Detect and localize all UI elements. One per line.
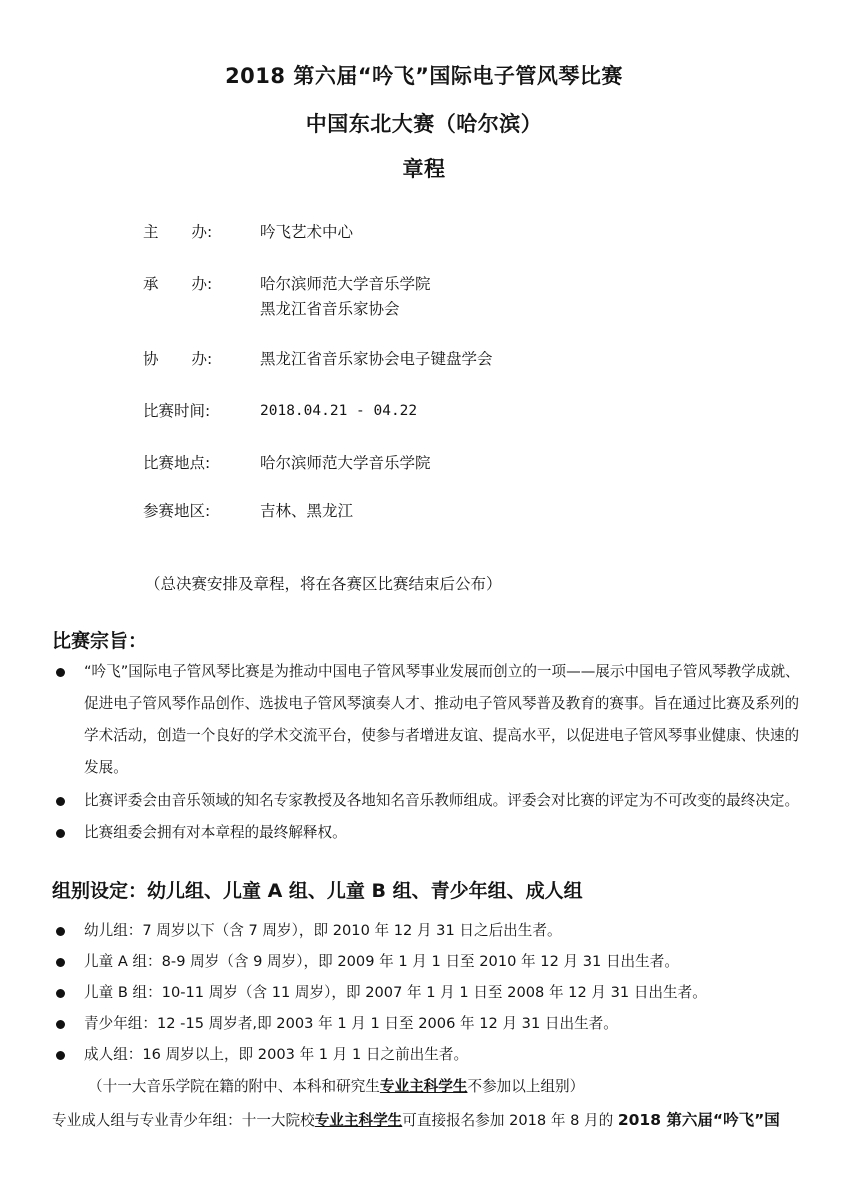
- list-item-text: 儿童 B 组：10-11 周岁（含 11 周岁），即 2007 年 1 月 1 …: [84, 984, 707, 1001]
- info-value: 哈尔滨师范大学音乐学院: [260, 448, 431, 478]
- info-label: 参赛地区:: [143, 496, 253, 526]
- bullet-icon: [56, 668, 65, 677]
- professional-groups-line: 专业成人组与专业青少年组：十一大院校专业主科学生可直接报名参加 2018 年 8…: [52, 1108, 780, 1130]
- note-emphasis: 专业主科学生: [380, 1078, 468, 1095]
- line-text: 可直接报名参加 2018 年 8 月的: [402, 1112, 618, 1129]
- bullet-icon: [56, 989, 65, 998]
- info-label: 承办:: [143, 269, 253, 299]
- info-label-char: 主: [143, 223, 159, 241]
- info-value: 黑龙江省音乐家协会电子键盘学会: [260, 344, 493, 374]
- list-item: 比赛评委会由音乐领域的知名专家教授及各地知名音乐教师组成。评委会对比赛的评定为不…: [52, 785, 812, 817]
- section-heading-purpose: 比赛宗旨：: [52, 626, 147, 653]
- info-label: 主办:: [143, 217, 253, 247]
- info-label-char: 承: [143, 275, 159, 293]
- list-item: 青少年组：12 -15 周岁者,即 2003 年 1 月 1 日至 2006 年…: [52, 1008, 812, 1039]
- purpose-list: “吟飞”国际电子管风琴比赛是为推动中国电子管风琴事业发展而创立的一项——展示中国…: [52, 656, 812, 849]
- list-item-text: 比赛组委会拥有对本章程的最终解释权。: [84, 824, 347, 841]
- list-item: 比赛组委会拥有对本章程的最终解释权。: [52, 817, 812, 849]
- final-round-note: （总决赛安排及章程，将在各赛区比赛结束后公布）: [145, 572, 502, 594]
- list-item-text: 比赛评委会由音乐领域的知名专家教授及各地知名音乐教师组成。评委会对比赛的评定为不…: [84, 792, 799, 809]
- list-item: 成人组：16 周岁以上，即 2003 年 1 月 1 日之前出生者。: [52, 1039, 812, 1070]
- document-subtitle: 中国东北大赛（哈尔滨）: [0, 108, 848, 138]
- document-title: 2018 第六届“吟飞”国际电子管风琴比赛: [0, 60, 848, 90]
- list-item-text: 成人组：16 周岁以上，即 2003 年 1 月 1 日之前出生者。: [84, 1046, 468, 1063]
- line-text: 专业成人组与专业青少年组：十一大院校: [52, 1112, 315, 1129]
- section-heading-groups: 组别设定：幼儿组、儿童 A 组、儿童 B 组、青少年组、成人组: [52, 876, 583, 903]
- list-item-text: 幼儿组：7 周岁以下（含 7 周岁），即 2010 年 12 月 31 日之后出…: [84, 922, 562, 939]
- info-value: 吉林、黑龙江: [260, 496, 353, 526]
- info-label: 协办:: [143, 344, 253, 374]
- note-text: 不参加以上组别）: [467, 1078, 584, 1095]
- line-emphasis: 专业主科学生: [315, 1112, 403, 1129]
- note-text: （十一大音乐学院在籍的附中、本科和研究生: [88, 1078, 380, 1095]
- bullet-icon: [56, 1020, 65, 1029]
- exclusion-note: （十一大音乐学院在籍的附中、本科和研究生专业主科学生不参加以上组别）: [88, 1075, 584, 1096]
- info-label-char: 协: [143, 350, 159, 368]
- bullet-icon: [56, 1051, 65, 1060]
- list-item: “吟飞”国际电子管风琴比赛是为推动中国电子管风琴事业发展而创立的一项——展示中国…: [52, 656, 812, 784]
- info-label: 比赛地点:: [143, 448, 253, 478]
- list-item-text: 青少年组：12 -15 周岁者,即 2003 年 1 月 1 日至 2006 年…: [84, 1015, 618, 1032]
- info-label-char: 办:: [192, 350, 213, 368]
- bullet-icon: [56, 927, 65, 936]
- bullet-icon: [56, 958, 65, 967]
- bullet-icon: [56, 797, 65, 806]
- list-item-text: 儿童 A 组：8-9 周岁（含 9 周岁），即 2009 年 1 月 1 日至 …: [84, 953, 679, 970]
- list-item-text: “吟飞”国际电子管风琴比赛是为推动中国电子管风琴事业发展而创立的一项——展示中国…: [84, 663, 800, 776]
- info-label-char: 办:: [192, 223, 213, 241]
- info-value: 2018.04.21 - 04.22: [260, 396, 417, 426]
- list-item: 儿童 A 组：8-9 周岁（含 9 周岁），即 2009 年 1 月 1 日至 …: [52, 946, 812, 977]
- list-item: 儿童 B 组：10-11 周岁（含 11 周岁），即 2007 年 1 月 1 …: [52, 977, 812, 1008]
- list-item: 幼儿组：7 周岁以下（含 7 周岁），即 2010 年 12 月 31 日之后出…: [52, 915, 812, 946]
- info-label: 比赛时间:: [143, 396, 253, 426]
- info-value: 吟飞艺术中心: [260, 217, 353, 247]
- info-label-char: 办:: [192, 275, 213, 293]
- line-strong: 2018 第六届“吟飞”国: [618, 1111, 780, 1129]
- bullet-icon: [56, 829, 65, 838]
- document-heading-charter: 章程: [0, 153, 848, 183]
- groups-list: 幼儿组：7 周岁以下（含 7 周岁），即 2010 年 12 月 31 日之后出…: [52, 915, 812, 1070]
- info-value: 黑龙江省音乐家协会: [260, 294, 400, 324]
